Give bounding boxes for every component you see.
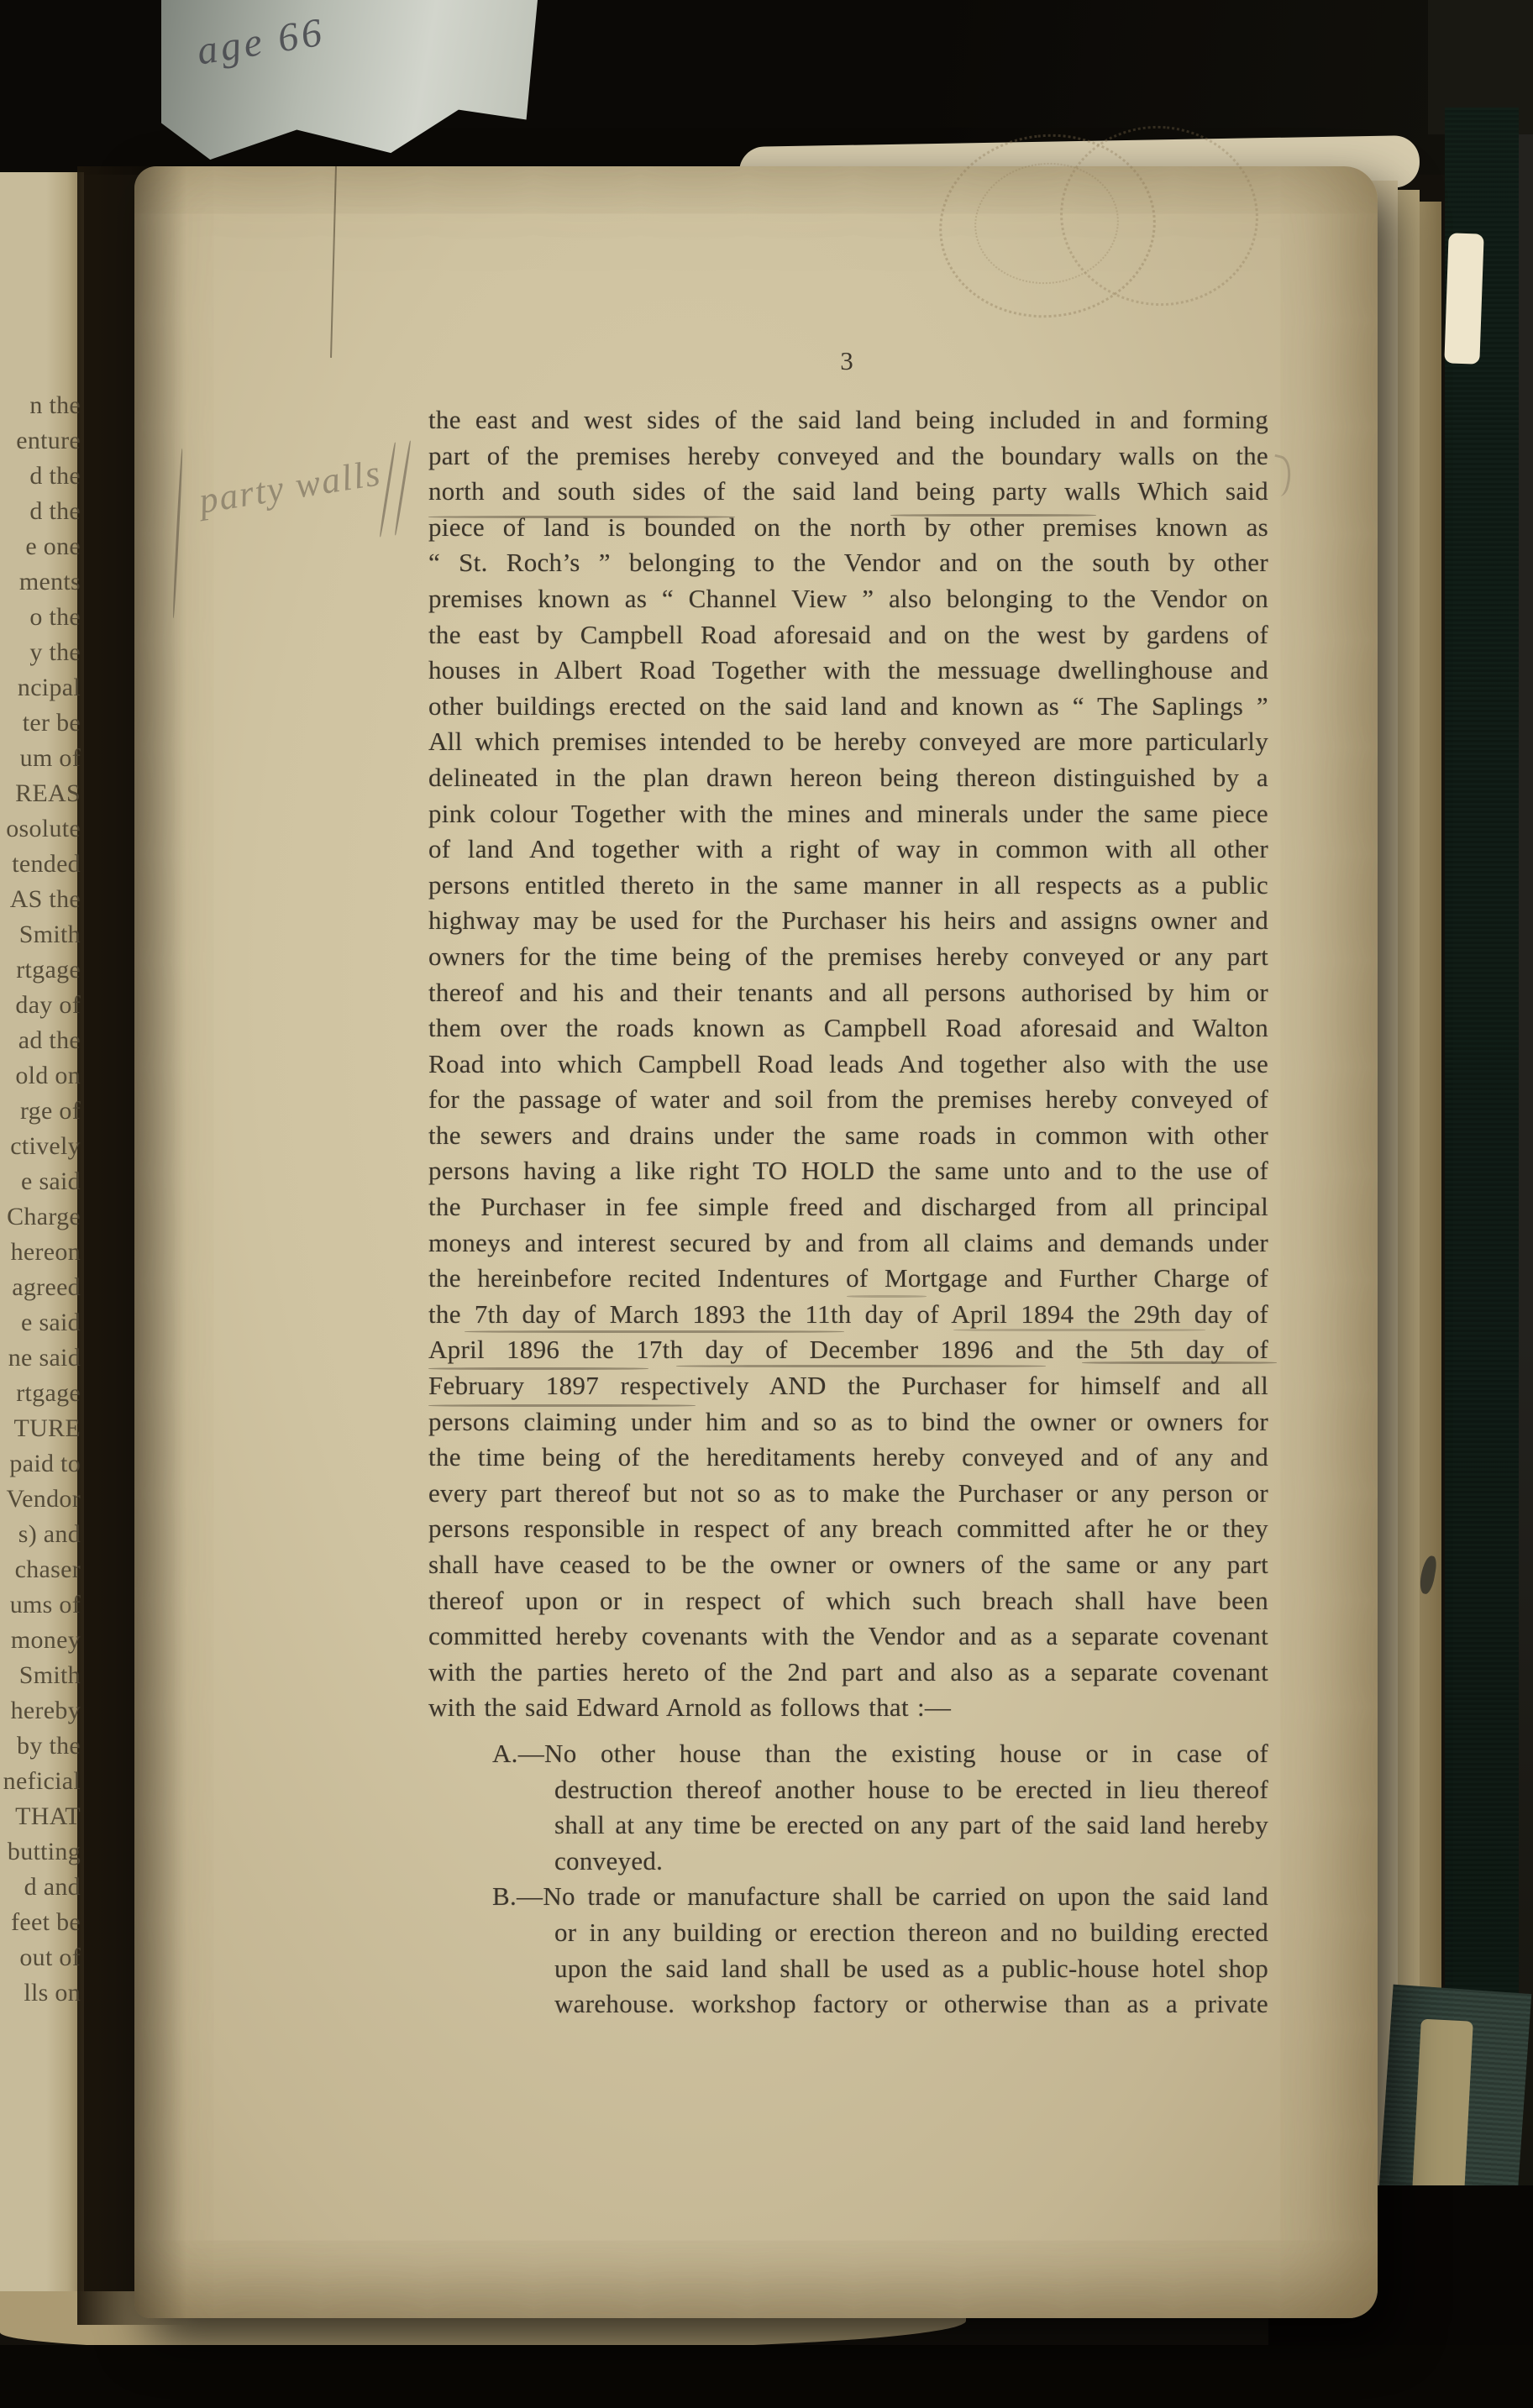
text-line: ne said (0, 1340, 81, 1376)
text-line: Smith (0, 917, 81, 952)
text-line: the hereinbefore recited Indentures of M… (428, 1261, 1268, 1297)
text-line: agreed (0, 1270, 81, 1305)
text-line: owners for the time being of the premise… (428, 939, 1268, 975)
pencil-underline-mortgage (847, 1295, 927, 1298)
pencil-question-mark (1266, 454, 1296, 498)
text-line: persons entitled thereto in the same man… (428, 868, 1268, 904)
scanned-deed-page: n theentured thed thee onementso they th… (0, 0, 1533, 2408)
text-line: Charge (0, 1199, 81, 1235)
text-line: of land And together with a right of way… (428, 832, 1268, 868)
text-line: the east and west sides of the said land… (428, 402, 1268, 438)
text-line: pink colour Together with the mines and … (428, 796, 1268, 832)
text-line: feet be (0, 1905, 81, 1940)
text-line: warehouse. workshop factory or otherwise… (428, 1986, 1268, 2022)
text-line: the Purchaser in fee simple freed and di… (428, 1189, 1268, 1225)
text-line: TURE (0, 1411, 81, 1446)
text-line: y the (0, 635, 81, 670)
text-line: d the (0, 494, 81, 529)
pencil-underline-being-party-walls (890, 514, 1096, 517)
text-line: ums of (0, 1587, 81, 1623)
text-line: thereof upon or in respect of which such… (428, 1583, 1268, 1619)
text-line: rtgage (0, 1376, 81, 1411)
crumpled-page-corner (1411, 2019, 1473, 2211)
text-line: ctively (0, 1129, 81, 1164)
text-line: B.—No trade or manufacture shall be carr… (428, 1879, 1268, 1915)
text-line: part of the premises hereby conveyed and… (428, 438, 1268, 475)
text-line: Smith (0, 1658, 81, 1693)
text-line: persons having a like right TO HOLD the … (428, 1153, 1268, 1189)
text-line: destruction thereof another house to be … (428, 1772, 1268, 1808)
document-page: 3 the east and west sides of the said la… (134, 166, 1378, 2318)
text-line: hereby (0, 1693, 81, 1729)
text-line: d the (0, 459, 81, 494)
pencil-underline-february-1897 (428, 1404, 696, 1407)
text-line: Road into which Campbell Road leads And … (428, 1047, 1268, 1083)
page-stack-edge-2 (1398, 190, 1420, 2248)
text-line: for the passage of water and soil from t… (428, 1082, 1268, 1118)
facing-page-text-fragments: n theentured thed thee onementso they th… (0, 388, 81, 2011)
covenant-clauses: A.—No other house than the existing hous… (428, 1736, 1268, 2022)
text-line: other buildings erected on the said land… (428, 689, 1268, 725)
text-line: AS the (0, 882, 81, 917)
text-line: with the parties hereto of the 2nd part … (428, 1655, 1268, 1691)
text-line: “ St. Roch’s ” belonging to the Vendor a… (428, 545, 1268, 581)
text-line: REAS (0, 776, 81, 811)
text-line: osolute (0, 811, 81, 847)
text-line: houses in Albert Road Together with the … (428, 653, 1268, 689)
pencil-underline-december-1896 (676, 1365, 1046, 1367)
pencil-underline-april-1896 (428, 1367, 648, 1370)
text-line: committed hereby covenants with the Vend… (428, 1618, 1268, 1655)
text-line: persons claiming under him and so as to … (428, 1404, 1268, 1440)
text-line: lls on (0, 1975, 81, 2011)
pencil-double-slash-2 (394, 440, 412, 535)
text-line: hereon (0, 1235, 81, 1270)
text-line: delineated in the plan drawn hereon bein… (428, 760, 1268, 796)
page-edge-fold (1444, 233, 1483, 364)
text-line: enture (0, 423, 81, 459)
text-line: o the (0, 600, 81, 635)
tab-handwritten-note: age 66 (194, 8, 328, 74)
pencil-underline-april-1894 (953, 1329, 1205, 1331)
text-line: e said (0, 1164, 81, 1199)
text-line: rge of (0, 1094, 81, 1129)
text-line: THAT (0, 1799, 81, 1834)
text-line: ter be (0, 706, 81, 741)
text-line: e said (0, 1305, 81, 1340)
page-stack-edge-3 (1420, 202, 1441, 2234)
text-line: ncipal (0, 670, 81, 706)
pencil-underline-march-1893 (465, 1330, 844, 1333)
text-line: by the (0, 1729, 81, 1764)
text-line: s) and (0, 1517, 81, 1552)
text-line: thereof and his and their tenants and al… (428, 975, 1268, 1011)
text-line: the sewers and drains under the same roa… (428, 1118, 1268, 1154)
text-line: um of (0, 741, 81, 776)
text-line: d and (0, 1870, 81, 1905)
text-line: out of (0, 1940, 81, 1975)
text-line: butting (0, 1834, 81, 1870)
book-cover-cloth (1445, 108, 1519, 2262)
text-line: neficial (0, 1764, 81, 1799)
text-line: n the (0, 388, 81, 423)
book-gutter-shadow (77, 166, 186, 2325)
text-line: upon the said land shall be used as a pu… (428, 1951, 1268, 1987)
deed-body-text: the east and west sides of the said land… (428, 402, 1268, 1726)
paper-crack (330, 166, 337, 358)
text-line: money (0, 1623, 81, 1658)
background-bottom (0, 2345, 1533, 2408)
text-line: the 7th day of March 1893 the 11th day o… (428, 1297, 1268, 1333)
text-line: old on (0, 1058, 81, 1094)
text-line: with the said Edward Arnold as follows t… (428, 1690, 1268, 1726)
text-line: highway may be used for the Purchaser hi… (428, 903, 1268, 939)
text-line: premises known as “ Channel View ” also … (428, 581, 1268, 617)
text-line: persons responsible in respect of any br… (428, 1511, 1268, 1547)
text-line: Vendor (0, 1482, 81, 1517)
text-line: conveyed. (428, 1844, 1268, 1880)
page-number: 3 (427, 346, 1267, 376)
text-line: e one (0, 529, 81, 564)
text-line: them over the roads known as Campbell Ro… (428, 1010, 1268, 1047)
pencil-margin-note: party walls (196, 451, 384, 522)
text-line: shall have ceased to be the owner or own… (428, 1547, 1268, 1583)
text-line: February 1897 respectively AND the Purch… (428, 1368, 1268, 1404)
text-line: every part thereof but not so as to make… (428, 1476, 1268, 1512)
pencil-underline-north-south-sides (428, 516, 735, 518)
text-line: day of (0, 988, 81, 1023)
embossed-stamp (934, 111, 1253, 338)
text-line: ad the (0, 1023, 81, 1058)
text-line: paid to (0, 1446, 81, 1482)
text-line: chaser (0, 1552, 81, 1587)
text-line: the east by Campbell Road aforesaid and … (428, 617, 1268, 653)
pencil-underline-5th-day (1082, 1361, 1277, 1364)
text-line: A.—No other house than the existing hous… (428, 1736, 1268, 1772)
text-line: moneys and interest secured by and from … (428, 1225, 1268, 1262)
text-line: shall at any time be erected on any part… (428, 1807, 1268, 1844)
text-line: north and south sides of the said land b… (428, 474, 1268, 510)
text-line: rtgage (0, 952, 81, 988)
text-line: All which premises intended to be hereby… (428, 724, 1268, 760)
text-line: the time being of the hereditaments here… (428, 1440, 1268, 1476)
text-line: ments (0, 564, 81, 600)
text-line: tended (0, 847, 81, 882)
text-line: or in any building or erection thereon a… (428, 1915, 1268, 1951)
